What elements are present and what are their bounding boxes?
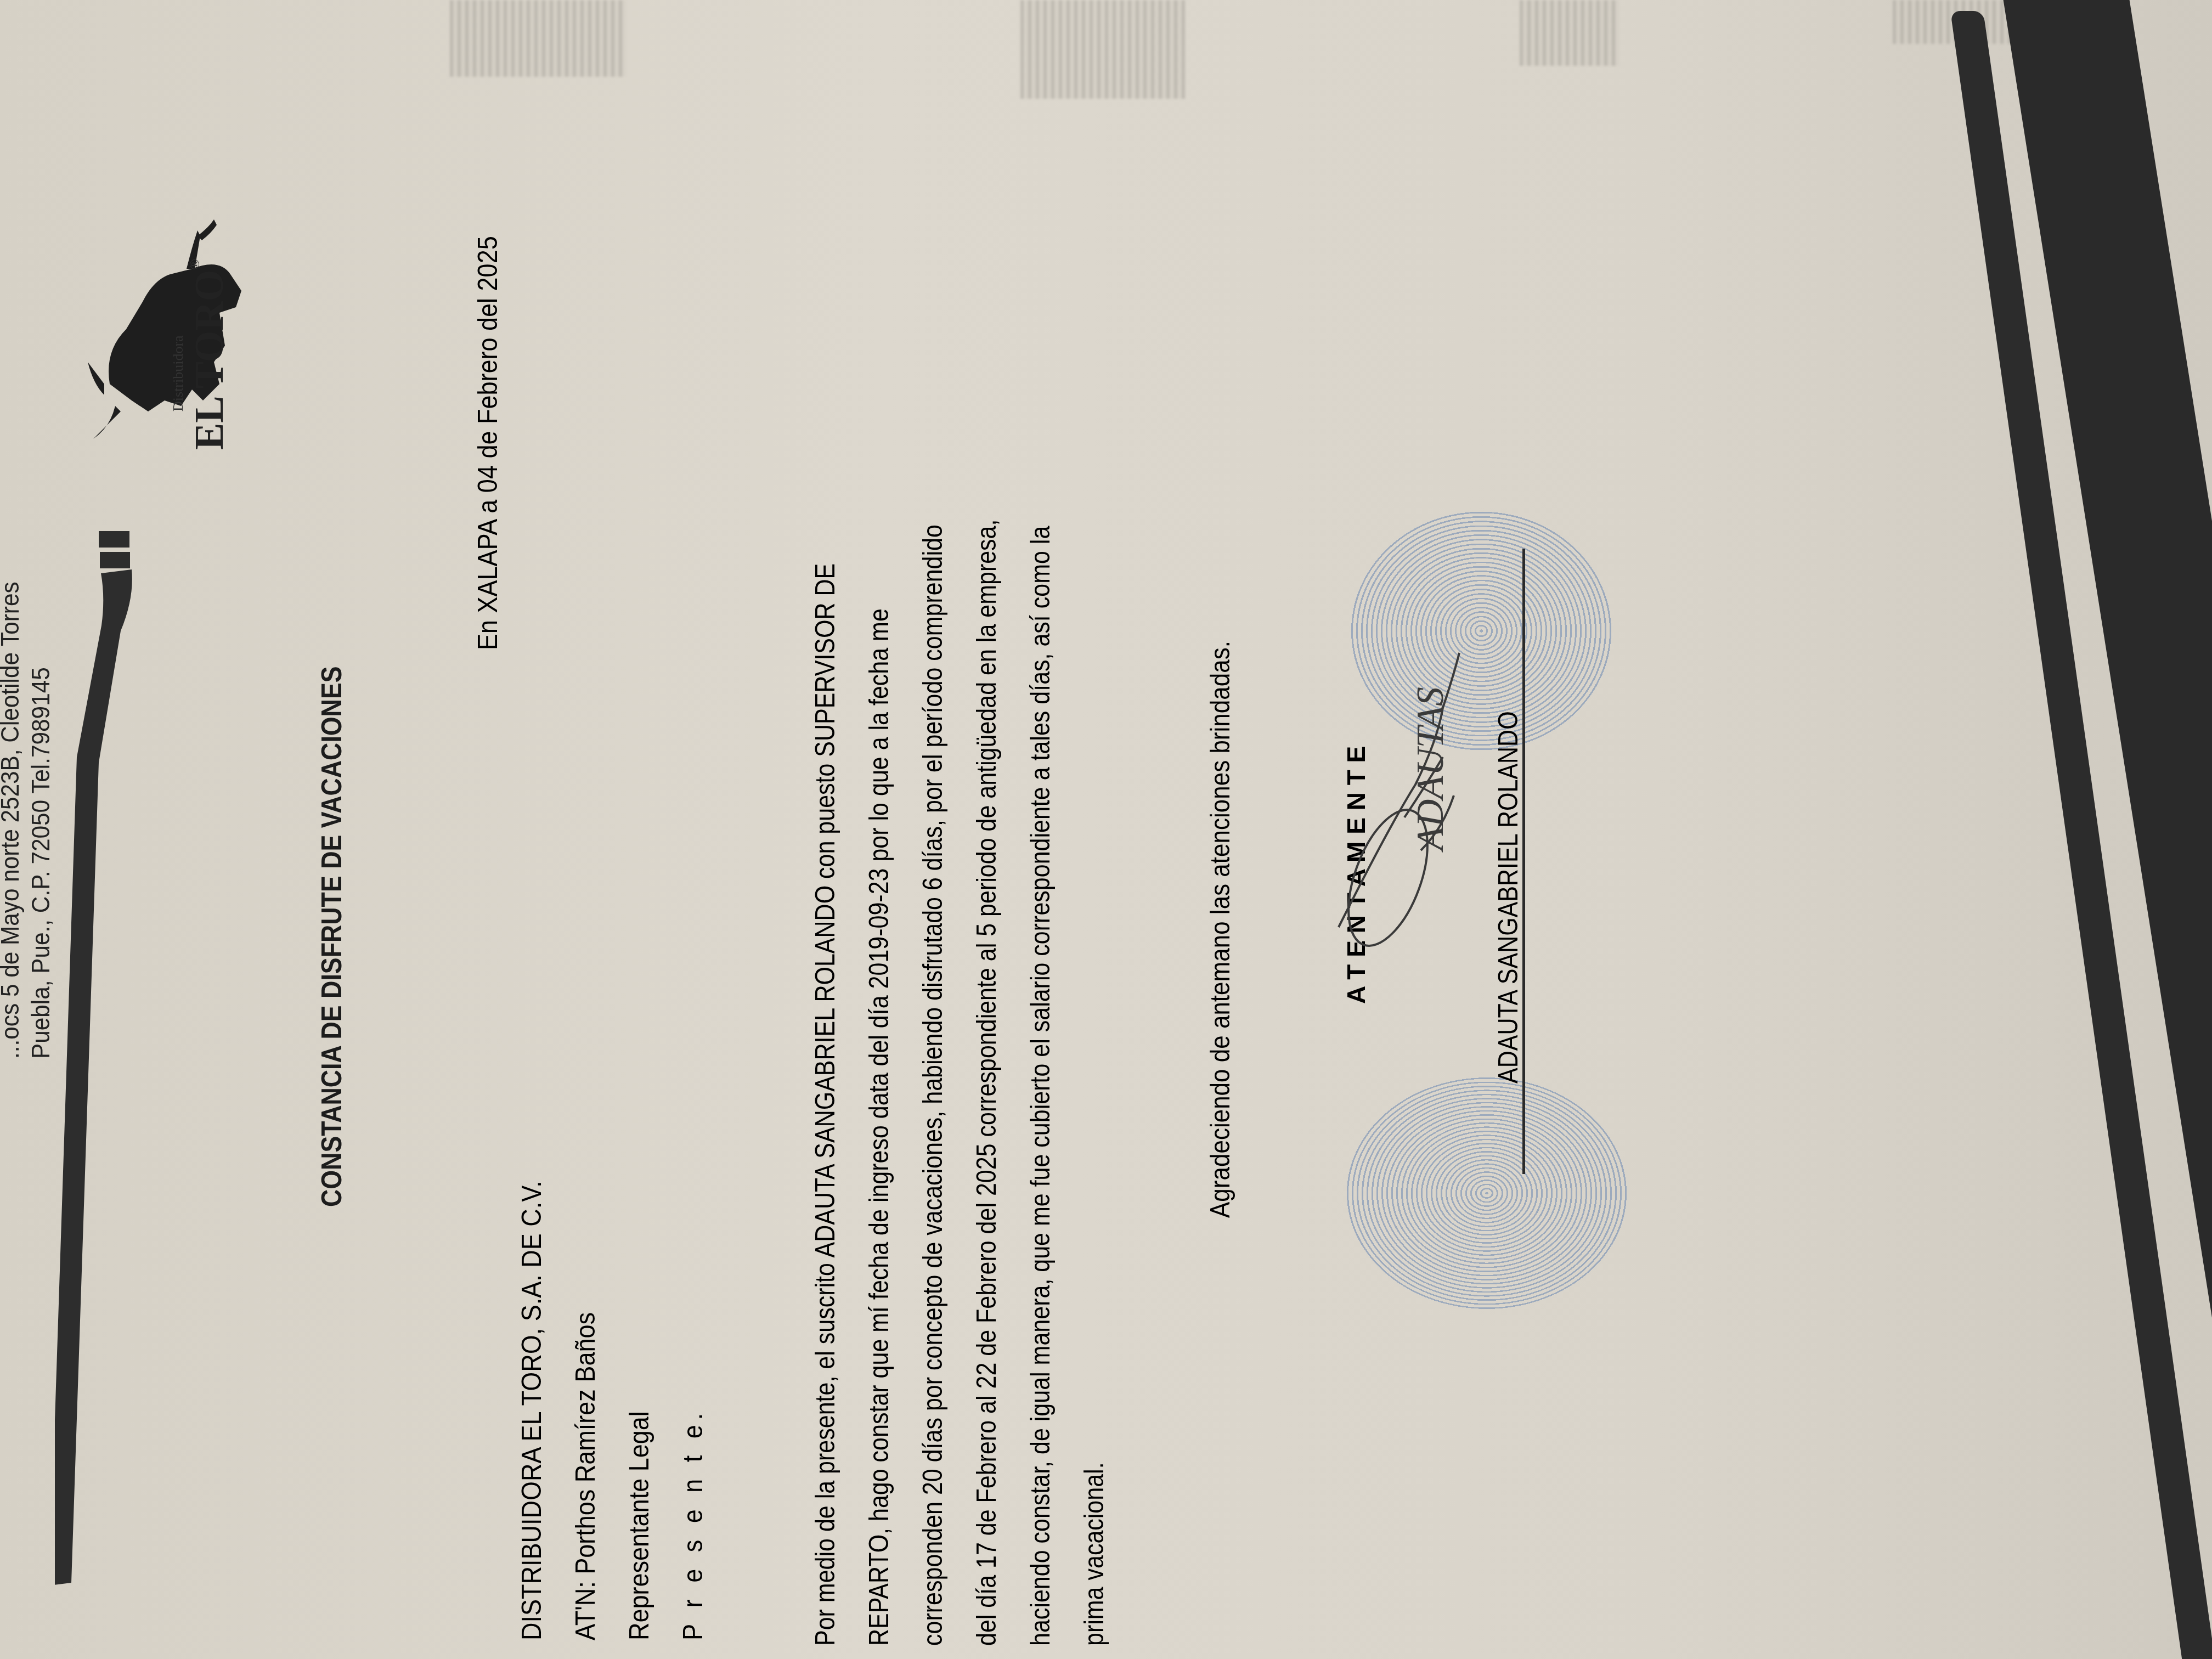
handwritten-signature: ADAUTAS xyxy=(1278,620,1509,960)
logo-brand: EL TORO xyxy=(187,270,233,450)
signature-line xyxy=(1522,549,1525,1174)
recipient-salutation: P r e s e n t e. xyxy=(666,1181,720,1640)
logo-wordmark: Distribuidora EL TORO ® xyxy=(170,259,233,450)
registered-mark-icon: ® xyxy=(187,259,203,270)
recipient-role: Representante Legal xyxy=(612,1181,666,1640)
signature-text: ADAUTAS xyxy=(1409,687,1452,853)
body-line: Por medio de la presente, el suscrito AD… xyxy=(798,520,852,1646)
company-logo: Distribuidora EL TORO ® xyxy=(82,219,252,549)
underlying-sheet-edge xyxy=(1020,0,1185,99)
body-line: corresponden 20 días por concepto de vac… xyxy=(906,520,960,1646)
document-title: CONSTANCIA DE DISFRUTE DE VACACIONES xyxy=(315,666,348,1207)
document-title-wrap: CONSTANCIA DE DISFRUTE DE VACACIONES xyxy=(315,578,348,1207)
body-line: prima vacacional. xyxy=(1067,520,1121,1646)
logo-small-label: Distribuidora xyxy=(170,259,187,411)
closing-text: Agradeciendo de antemano las atenciones … xyxy=(1204,641,1236,1218)
body-line: REPARTO, hago constar que mí fecha de in… xyxy=(852,520,906,1646)
underlying-sheet-edge xyxy=(1520,0,1618,66)
closing-wrap: Agradeciendo de antemano las atenciones … xyxy=(1204,562,1236,1218)
underlying-sheet-edge xyxy=(450,0,625,77)
recipient-attention: AT'N: Porthos Ramírez Baños xyxy=(558,1181,612,1640)
address-line-1: ...ocs 5 de Mayo norte 2523B, Cleotilde … xyxy=(0,582,25,1059)
body-paragraph: Por medio de la presente, el suscrito AD… xyxy=(798,336,1121,1646)
signer-name-wrap: ADAUTA SANGABRIEL ROLANDO xyxy=(1492,651,1524,1084)
signer-name: ADAUTA SANGABRIEL ROLANDO xyxy=(1492,711,1524,1084)
place-date: En XALAPA a 04 de Febrero del 2025 xyxy=(472,236,504,650)
address-line-2: Puebla, Pue., C.P. 72050 Tel.7989145 xyxy=(25,582,56,1059)
body-line: haciendo constar, de igual manera, que m… xyxy=(1013,520,1067,1646)
place-date-wrap: En XALAPA a 04 de Febrero del 2025 xyxy=(472,190,504,650)
body-line: del día 17 de Febrero al 22 de Febrero d… xyxy=(960,520,1013,1646)
letterhead-address: ...ocs 5 de Mayo norte 2523B, Cleotilde … xyxy=(0,540,56,1059)
letterhead-stripe xyxy=(55,527,137,1602)
fingerprint-left xyxy=(1344,1075,1629,1311)
recipient-block: DISTRIBUIDORA EL TORO, S.A. DE C.V. AT'N… xyxy=(505,1130,720,1640)
recipient-company: DISTRIBUIDORA EL TORO, S.A. DE C.V. xyxy=(505,1181,558,1640)
